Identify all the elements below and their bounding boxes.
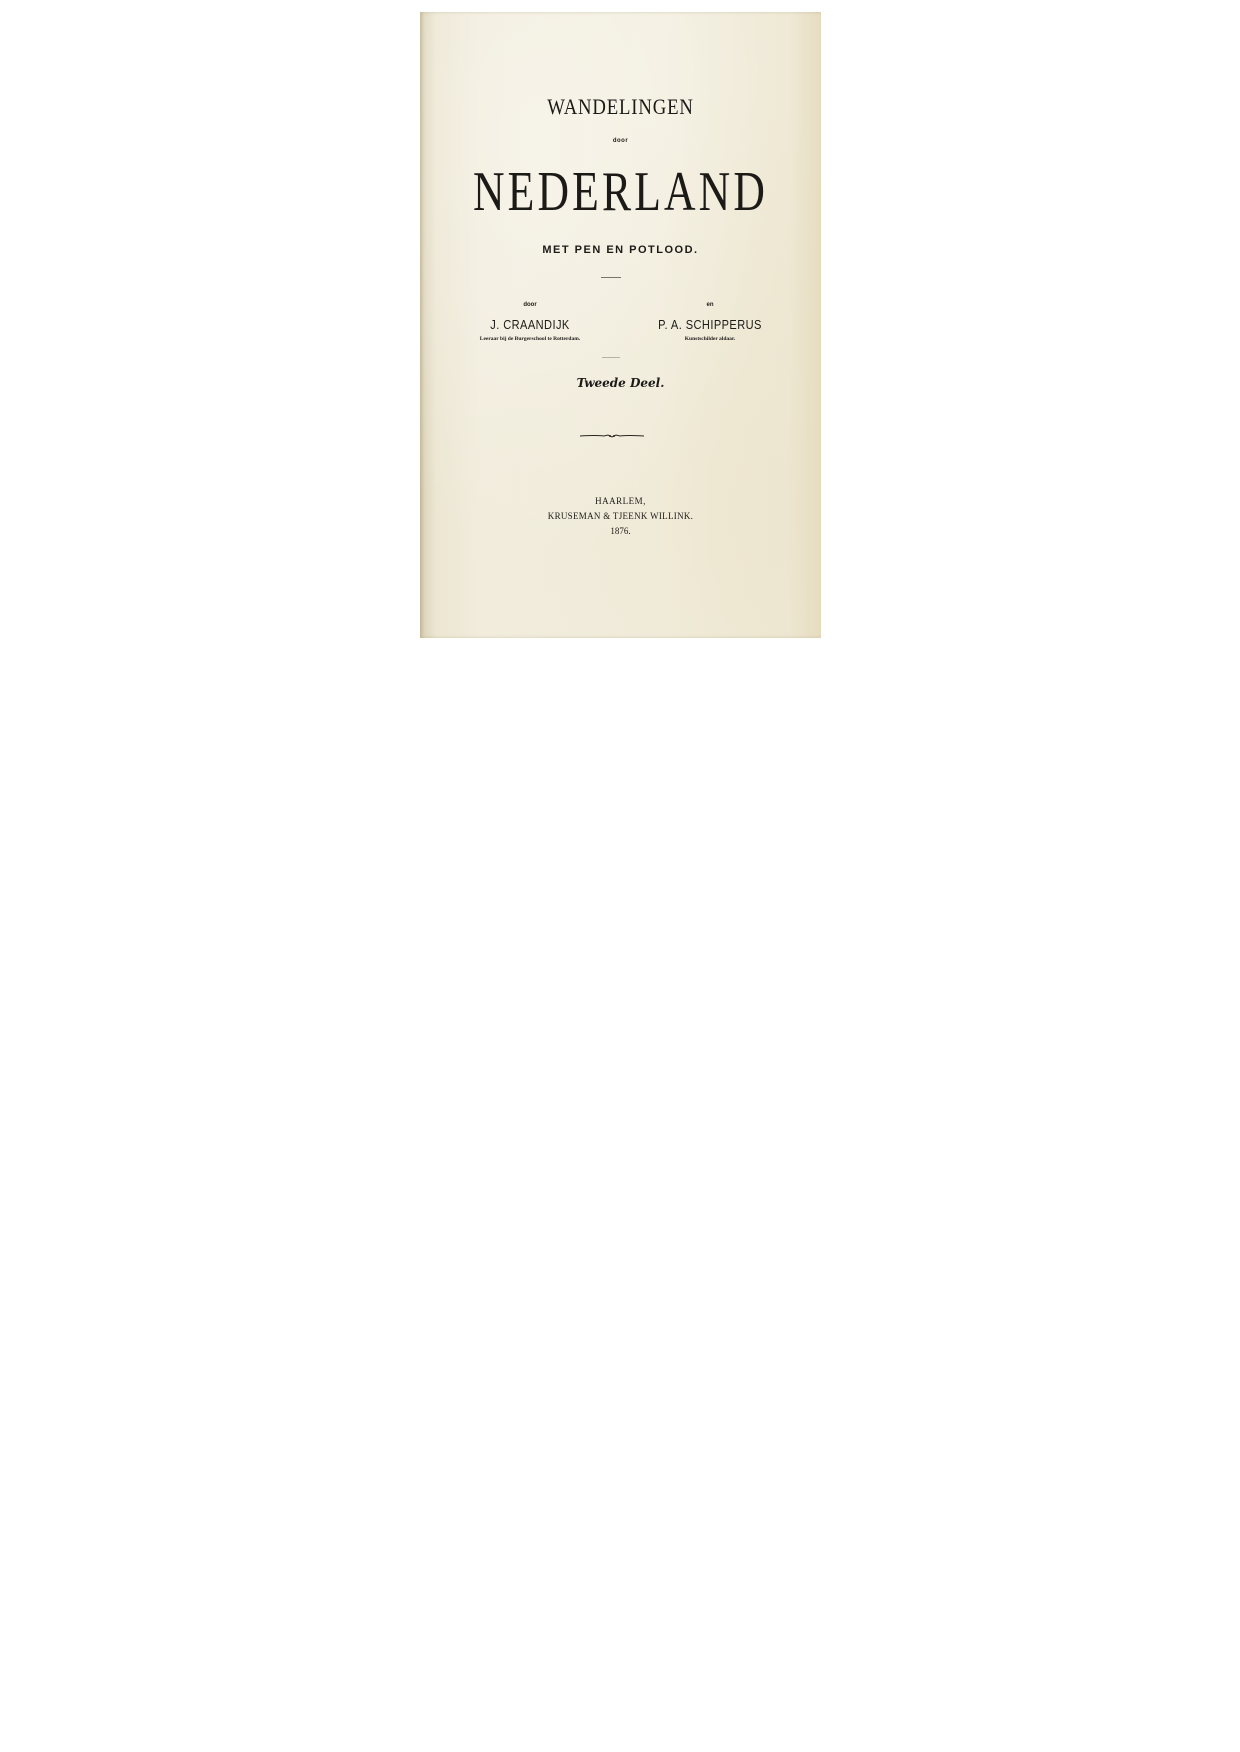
author-2-name: P. A. SCHIPPERUS: [625, 317, 795, 332]
volume-label: Tweede Deel.: [420, 376, 821, 390]
author-1: door J. CRAANDIJK Leeraar bij de Burgers…: [440, 302, 620, 342]
imprint-year: 1876.: [420, 526, 821, 536]
title-top: WANDELINGEN: [450, 94, 791, 120]
imprint-publisher: KRUSEMAN & TJEENK WILLINK.: [420, 511, 821, 521]
author-2: en P. A. SCHIPPERUS Kunstschilder aldaar…: [610, 302, 810, 342]
ornament-flourish-icon: [580, 432, 644, 440]
subtitle: MET PEN EN POTLOOD.: [420, 244, 821, 256]
title-page-scan: WANDELINGEN door NEDERLAND MET PEN EN PO…: [420, 12, 821, 638]
imprint-city: HAARLEM,: [420, 496, 821, 506]
title-connector: door: [420, 138, 821, 144]
author-2-description: Kunstschilder aldaar.: [610, 336, 810, 342]
author-1-name: J. CRAANDIJK: [454, 317, 607, 332]
author-1-lead: door: [440, 302, 620, 314]
divider-rule-2: [602, 357, 620, 358]
divider-rule: [601, 277, 621, 278]
main-title: NEDERLAND: [464, 160, 777, 224]
author-2-lead: en: [610, 302, 810, 314]
author-1-description: Leeraar bij de Burgerschool te Rotterdam…: [440, 336, 620, 342]
